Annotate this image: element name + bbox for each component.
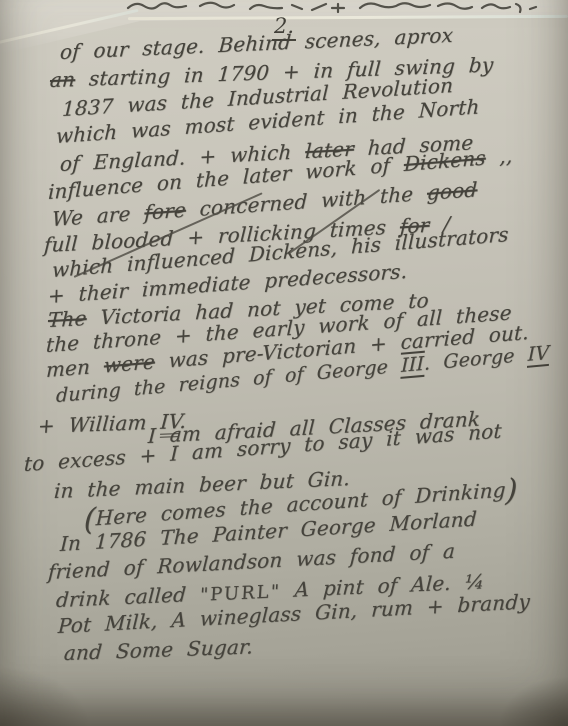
manuscript-page: 2. of our stage. Behind scenes, aprox an… <box>0 0 568 726</box>
corner-shadow <box>498 676 568 726</box>
handwriting-line: and Some Sugar. <box>63 634 254 666</box>
corner-shadow <box>0 666 90 726</box>
